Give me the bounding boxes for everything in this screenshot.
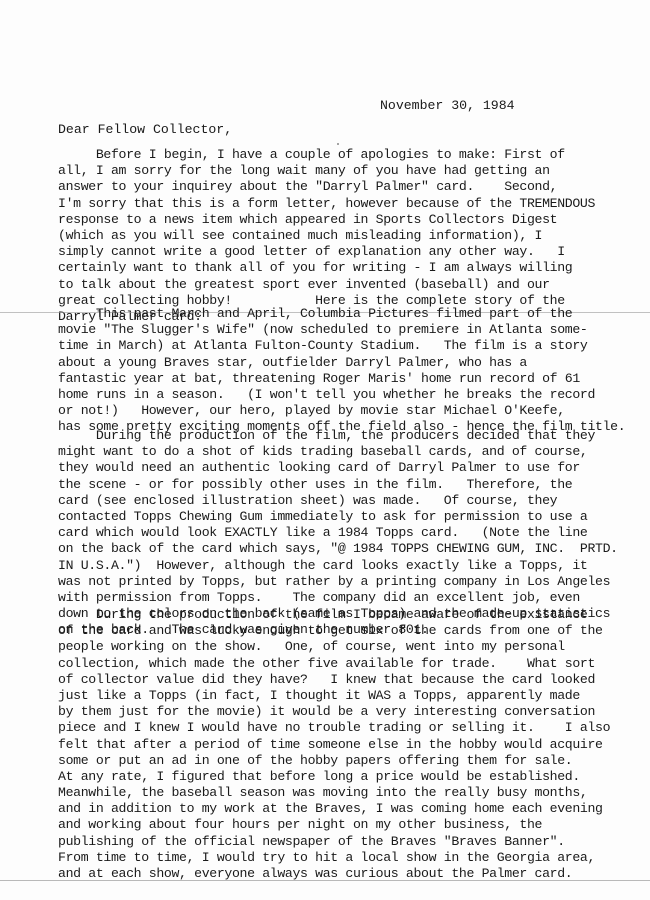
text-line: simply cannot write a good letter of exp… [58,244,595,260]
text-line: During the production of the film I beca… [58,607,610,623]
text-line: Before I begin, I have a couple of apolo… [58,147,595,163]
text-line: on the back of the card which says, "@ 1… [58,541,618,557]
text-line: and working about four hours per night o… [58,817,610,833]
salutation: Dear Fellow Collector, [58,122,232,137]
text-line: card (see enclosed illustration sheet) w… [58,493,618,509]
text-line: movie "The Slugger's Wife" (now schedule… [58,322,625,338]
text-line: to talk about the greatest sport ever in… [58,277,595,293]
letter-date: November 30, 1984 [380,98,515,113]
text-line: the scene - or for possibly other uses i… [58,477,618,493]
text-line: with permission from Topps. The company … [58,590,618,606]
text-line: certainly want to thank all of you for w… [58,260,595,276]
text-line: they would need an authentic looking car… [58,460,618,476]
text-line: all, I am sorry for the long wait many o… [58,163,595,179]
text-line: or not!) However, our hero, played by mo… [58,403,625,419]
text-line: I'm sorry that this is a form letter, ho… [58,196,595,212]
text-line: fantastic year at bat, threatening Roger… [58,371,625,387]
text-line: by them just for the movie) it would be … [58,704,610,720]
paragraph-apologies: Before I begin, I have a couple of apolo… [58,147,595,325]
text-line: publishing of the official newspaper of … [58,834,610,850]
page-edge-rule [0,880,650,881]
text-line: about a young Braves star, outfielder Da… [58,355,625,371]
text-line: of collector value did they have? I knew… [58,672,610,688]
letter-page: November 30, 1984 Dear Fellow Collector,… [0,0,650,900]
text-line: card which would look EXACTLY like a 198… [58,525,618,541]
text-line: answer to your inquirey about the "Darry… [58,179,595,195]
text-line: During the production of the film, the p… [58,428,618,444]
text-line: At any rate, I figured that before long … [58,769,610,785]
text-line: piece and I knew I would have no trouble… [58,720,610,736]
text-line: IN U.S.A.") However, although the card l… [58,558,618,574]
text-line: might want to do a shot of kids trading … [58,444,618,460]
text-line: felt that after a period of time someone… [58,737,610,753]
text-line: time in March) at Atlanta Fulton-County … [58,338,625,354]
text-line: home runs in a season. (I won't tell you… [58,387,625,403]
text-line: of the card and was lucky enough to get … [58,623,610,639]
text-line: collection, which made the other five av… [58,656,610,672]
text-line: Meanwhile, the baseball season was movin… [58,785,610,801]
text-line: and in addition to my work at the Braves… [58,801,610,817]
text-line: From time to time, I would try to hit a … [58,850,610,866]
text-line: contacted Topps Chewing Gum immediately … [58,509,618,525]
paragraph-acquiring-cards: During the production of the film I beca… [58,607,610,882]
text-line: just like a Topps (in fact, I thought it… [58,688,610,704]
text-line: people working on the show. One, of cour… [58,639,610,655]
text-line: (which as you will see contained much mi… [58,228,595,244]
text-line: some or put an ad in one of the hobby pa… [58,753,610,769]
paper-speck [376,855,378,857]
text-line: was not printed by Topps, but rather by … [58,574,618,590]
paper-speck [337,143,339,145]
text-line: response to a news item which appeared i… [58,212,595,228]
text-line: This past March and April, Columbia Pict… [58,306,625,322]
paragraph-film-story: This past March and April, Columbia Pict… [58,306,625,436]
